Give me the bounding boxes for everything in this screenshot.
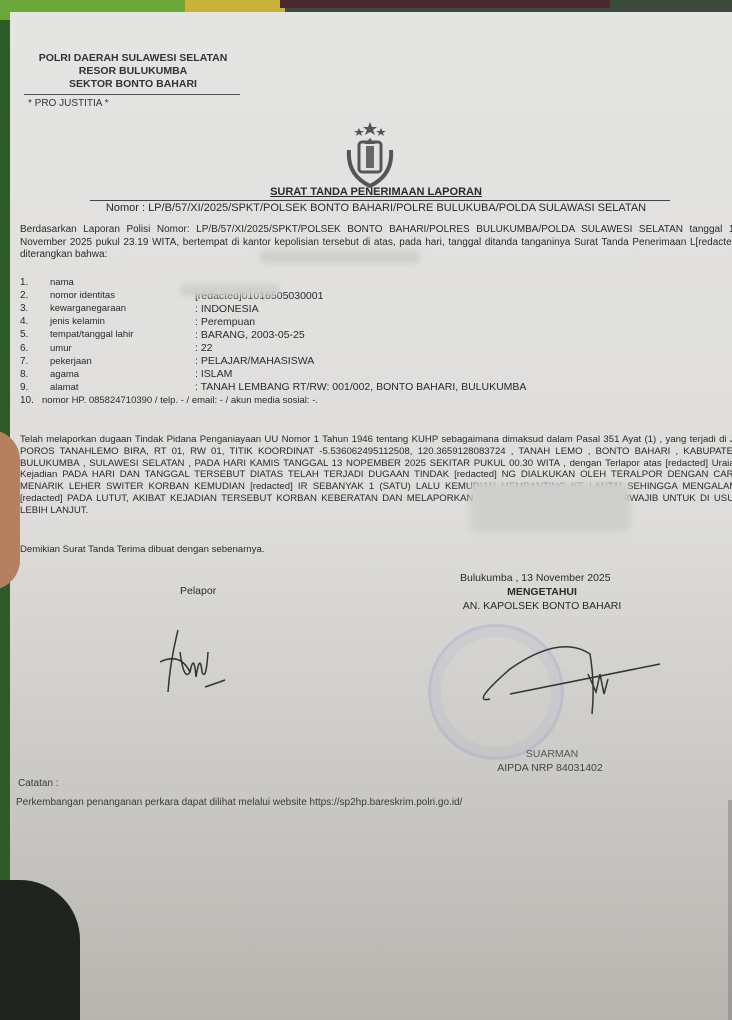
field-row: 8.agama: ISLAM xyxy=(20,368,526,381)
reporter-signature xyxy=(150,622,240,702)
background-maroon xyxy=(280,0,610,8)
letterhead-line-1: POLRI DAERAH SULAWESI SELATAN xyxy=(28,52,238,65)
authority-label: AN. KAPOLSEK BONTO BAHARI xyxy=(442,600,642,612)
letterhead-rule xyxy=(24,94,240,95)
field-row: 9.alamat: TANAH LEMBANG RT/RW: 001/002, … xyxy=(20,381,526,394)
title-rule xyxy=(90,200,670,201)
document-title: SURAT TANDA PENERIMAAN LAPORAN xyxy=(10,186,732,198)
officer-signature xyxy=(470,634,670,724)
letterhead: POLRI DAERAH SULAWESI SELATAN RESOR BULU… xyxy=(28,52,238,91)
place-date: Bulukumba , 13 November 2025 xyxy=(460,572,611,584)
document-number: Nomor : LP/B/57/XI/2025/SPKT/POLSEK BONT… xyxy=(10,202,732,214)
finger xyxy=(0,430,20,590)
document-paper: POLRI DAERAH SULAWESI SELATAN RESOR BULU… xyxy=(10,12,732,1020)
letterhead-line-3: SEKTOR BONTO BAHARI xyxy=(28,78,238,91)
mengetahui-label: MENGETAHUI xyxy=(442,586,642,598)
paper-shadow xyxy=(468,800,732,1020)
officer-nrp: AIPDA NRP 84031402 xyxy=(480,762,620,774)
field-row: 4.jenis kelamin: Perempuan xyxy=(20,315,526,328)
reporter-label: Pelapor xyxy=(180,585,216,597)
pro-justitia: * PRO JUSTITIA * xyxy=(28,98,109,109)
note-label: Catatan : xyxy=(18,778,59,789)
field-row: 10.nomor HP. 085824710390 / telp. - / em… xyxy=(20,394,526,407)
redaction-2 xyxy=(470,482,630,532)
redaction-name xyxy=(180,284,280,296)
redaction-1 xyxy=(260,250,420,264)
field-row: 7.pekerjaan: PELAJAR/MAHASISWA xyxy=(20,355,526,368)
police-emblem-icon xyxy=(335,120,405,190)
letterhead-line-2: RESOR BULUKUMBA xyxy=(28,65,238,78)
field-row: 6.umur: 22 xyxy=(20,341,526,354)
field-row: 3.kewarganegaraan: INDONESIA xyxy=(20,302,526,315)
note-text: Perkembangan penanganan perkara dapat di… xyxy=(16,797,462,808)
closing-statement: Demikian Surat Tanda Terima dibuat denga… xyxy=(20,544,732,557)
officer-name: SUARMAN xyxy=(492,748,612,760)
field-row: 5.tempat/tanggal lahir: BARANG, 2003-05-… xyxy=(20,328,526,341)
